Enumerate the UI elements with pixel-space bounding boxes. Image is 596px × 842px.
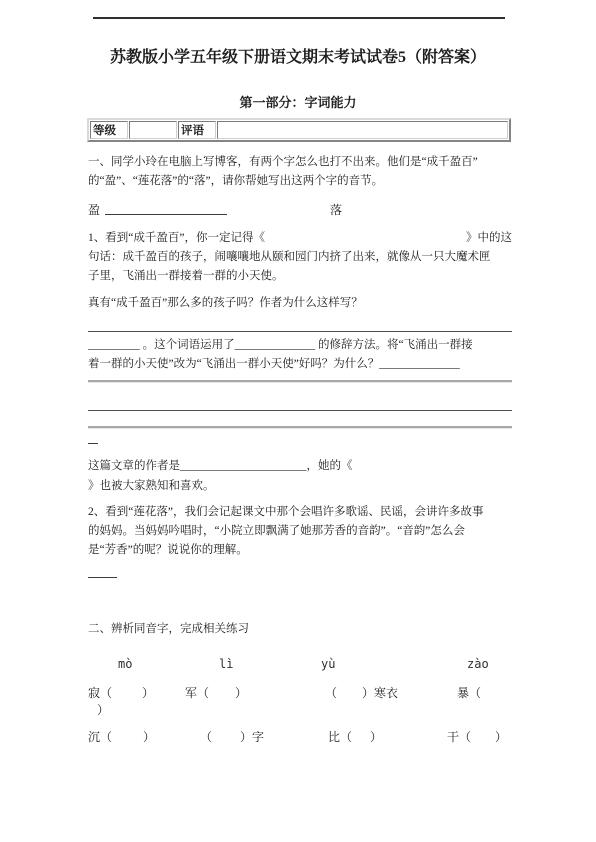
grade-table-row: 等级 评语: [90, 121, 508, 139]
row1-hanyi: ）寒衣: [362, 684, 398, 701]
answer-dash-short: [88, 443, 98, 444]
subquestion2-line1: 2、看到“莲花落”，我们会记起课文中那个会唱许多歌谣、民谣，会讲许多故事: [88, 503, 512, 522]
subquestion1-line3: 子里，飞涌出一群接着一群的小天使。: [88, 267, 512, 286]
grade-label: 等级: [90, 121, 128, 139]
row1-open-3: （: [325, 684, 337, 701]
ying-answer-blank-line: [105, 214, 227, 215]
question2-heading: 二、辨析同音字，完成相关练习: [88, 620, 512, 639]
exam-document-page: 苏教版小学五年级下册语文期末考试试卷5（附答案） 第一部分：字词能力 等级 评语…: [0, 0, 596, 842]
answer-line-1: [88, 331, 512, 332]
blank-char-luo: 落: [330, 201, 342, 218]
subquestion2-line3: 是“芳香”的呢？说说你的理解。: [88, 541, 512, 560]
row1-close-1: ）: [142, 684, 154, 701]
author-statement-line1: 这篇文章的作者是______________________，她的《: [88, 456, 512, 476]
answer-line-4: [88, 426, 512, 429]
row1-jun-open: 军（: [185, 684, 209, 701]
subquestion1-line2: 句话：成千盈百的孩子，闹嚷嚷地从颐和园门内挤了出来，就像从一只大魔术匣: [88, 248, 512, 267]
subquestion1-line1-right: 》中的这: [466, 229, 512, 248]
syllable-blank-row: 盈 落: [88, 201, 512, 219]
pinyin-zao: zào: [467, 657, 489, 671]
comment-value-cell: [217, 121, 508, 139]
question1-prompt: 一、同学小玲在电脑上写博客，有两个字怎么也打不出来。他们是“成千盈百” 的“盈”…: [88, 153, 512, 191]
row2-open-2: （: [200, 728, 212, 745]
row2-close-4: ）: [495, 728, 507, 745]
page-title: 苏教版小学五年级下册语文期末考试试卷5（附答案）: [0, 44, 596, 67]
answer-line-2: [88, 380, 512, 383]
answer-line-3: [88, 410, 512, 411]
author-statement-line2: 》也被大家熟知和喜欢。: [88, 476, 512, 496]
subquestion1-question: 真有“成千盈百”那么多的孩子吗？作者为什么这样写？: [88, 294, 512, 313]
answer-dash-line: [88, 577, 117, 578]
row2-bi-open: 比（: [328, 728, 352, 745]
top-divider-line: [93, 17, 505, 19]
row2-zi: ）字: [240, 728, 264, 745]
row2-close-3: ）: [370, 728, 382, 745]
pinyin-li: lì: [219, 657, 233, 671]
subquestion1-answer-line2: 着一群的小天使”改为“飞涌出一群小天使”好吗？为什么？_____________…: [88, 355, 512, 374]
question1-prompt-line1: 一、同学小玲在电脑上写博客，有两个字怎么也打不出来。他们是“成千盈百”: [88, 153, 512, 172]
grade-value-cell: [129, 121, 177, 139]
subquestion2-paragraph: 2、看到“莲花落”，我们会记起课文中那个会唱许多歌谣、民谣，会讲许多故事 的妈妈…: [88, 503, 512, 560]
homophone-row-2: 沉（ ） （ ）字 比（ ） 干（ ）: [88, 728, 512, 744]
pinyin-row: mò lì yù zào: [88, 657, 512, 673]
row1-bao-open: 暴（: [457, 684, 481, 701]
subquestion1-line1: 1、看到“成千盈百”，你一定记得《 》中的这: [88, 229, 512, 248]
comment-label: 评语: [178, 121, 216, 139]
subquestion1-answer-line1: _________ 。这个词语运用了______________ 的修辞方法。将…: [88, 336, 512, 355]
author-statement: 这篇文章的作者是______________________，她的《 》也被大家…: [88, 456, 512, 496]
row2-chen-open: 沉（: [88, 728, 112, 745]
row1-ji-open: 寂（: [88, 684, 112, 701]
subquestion1-answer-text: _________ 。这个词语运用了______________ 的修辞方法。将…: [88, 336, 512, 374]
row1-wrap-close: ）: [97, 701, 109, 718]
pinyin-mo: mò: [118, 657, 132, 671]
grade-table: 等级 评语: [87, 118, 511, 142]
subquestion1-paragraph: 1、看到“成千盈百”，你一定记得《 》中的这 句话：成千盈百的孩子，闹嚷嚷地从颐…: [88, 229, 512, 286]
part1-heading: 第一部分：字词能力: [0, 92, 596, 111]
blank-char-ying: 盈: [88, 201, 100, 218]
row1-close-2: ）: [235, 684, 247, 701]
homophone-row-1: 寂（ ） 军（ ） （ ）寒衣 暴（: [88, 684, 512, 700]
row2-gan-open: 干（: [447, 728, 471, 745]
pinyin-yu: yù: [321, 657, 335, 671]
question1-prompt-line2: 的“盈”、“莲花落”的“落”，请你帮她写出这两个字的音节。: [88, 172, 512, 191]
subquestion2-line2: 的妈妈。当妈妈吟唱时，“小院立即飘满了她那芳香的音韵”。“音韵”怎么会: [88, 522, 512, 541]
row2-close-1: ）: [143, 728, 155, 745]
homophone-row-1-wrap: ）: [88, 701, 512, 717]
subquestion1-line1-left: 1、看到“成千盈百”，你一定记得《: [88, 229, 265, 248]
